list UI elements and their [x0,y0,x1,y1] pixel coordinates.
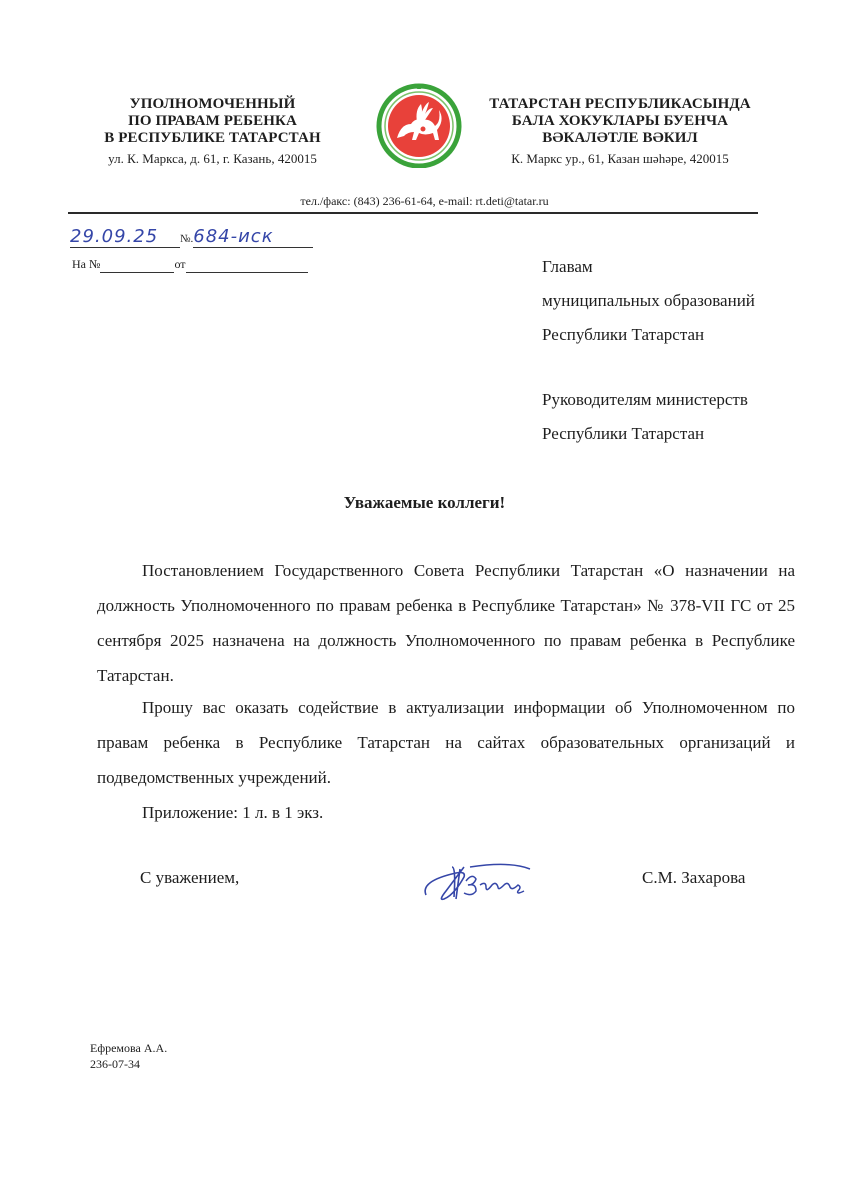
signer-name: С.М. Захарова [642,868,745,888]
greeting: Уважаемые коллеги! [0,493,849,513]
header-right-block: ТАТАРСТАН РЕСПУБЛИКАСЫНДА БАЛА ХОКУКЛАРЫ… [470,96,770,169]
reference-label: На № [72,257,100,271]
reference-number-blank [100,257,174,273]
header-left-address: ул. К. Маркса, д. 61, г. Казань, 420015 [70,149,355,169]
addressee-block-2: Руководителям министерств Республики Тат… [542,383,748,451]
header-left-block: УПОЛНОМОЧЕННЫЙ ПО ПРАВАМ РЕБЕНКА В РЕСПУ… [70,96,355,169]
reference-line: На № от [72,257,308,273]
executor-name: Ефремова А.А. [90,1040,167,1056]
contact-line: тел./факс: (843) 236-61-64, e-mail: rt.d… [0,194,849,209]
addressee-line: Главам [542,250,755,284]
reference-from-label: от [174,257,185,271]
handwritten-signature-icon [418,857,568,907]
registration-number-line: 29.09.25№.684-иск [70,226,320,248]
body-paragraph-1: Постановлением Государственного Совета Р… [97,553,795,693]
header-right-address: К. Маркс ур., 61, Казан шәһәре, 420015 [470,149,770,169]
header-left-title-2: ПО ПРАВАМ РЕБЕНКА [70,113,355,130]
addressee-line: муниципальных образований [542,284,755,318]
header-left-title-3: В РЕСПУБЛИКЕ ТАТАРСТАН [70,130,355,147]
header-right-title-1: ТАТАРСТАН РЕСПУБЛИКАСЫНДА [470,96,770,113]
addressee-line: Республики Татарстан [542,417,748,451]
header-right-title-3: ВӘКАЛӘТЛЕ ВӘКИЛ [470,130,770,147]
header-right-title-2: БАЛА ХОКУКЛАРЫ БУЕНЧА [470,113,770,130]
closing: С уважением, [140,868,239,888]
reference-date-blank [186,257,308,273]
header-divider [68,212,758,214]
executor-block: Ефремова А.А. 236-07-34 [90,1040,167,1072]
registration-number: 684-иск [193,226,313,248]
addressee-line: Республики Татарстан [542,318,755,352]
body-paragraph-2: Прошу вас оказать содействие в актуализа… [97,690,795,795]
header-left-title-1: УПОЛНОМОЧЕННЫЙ [70,96,355,113]
tatarstan-coat-of-arms-icon [373,82,465,168]
number-label: №. [180,233,193,245]
registration-date: 29.09.25 [70,226,180,248]
addressee-line: Руководителям министерств [542,383,748,417]
executor-phone: 236-07-34 [90,1056,167,1072]
addressee-block-1: Главам муниципальных образований Республ… [542,250,755,352]
attachment-line: Приложение: 1 л. в 1 экз. [97,795,795,830]
